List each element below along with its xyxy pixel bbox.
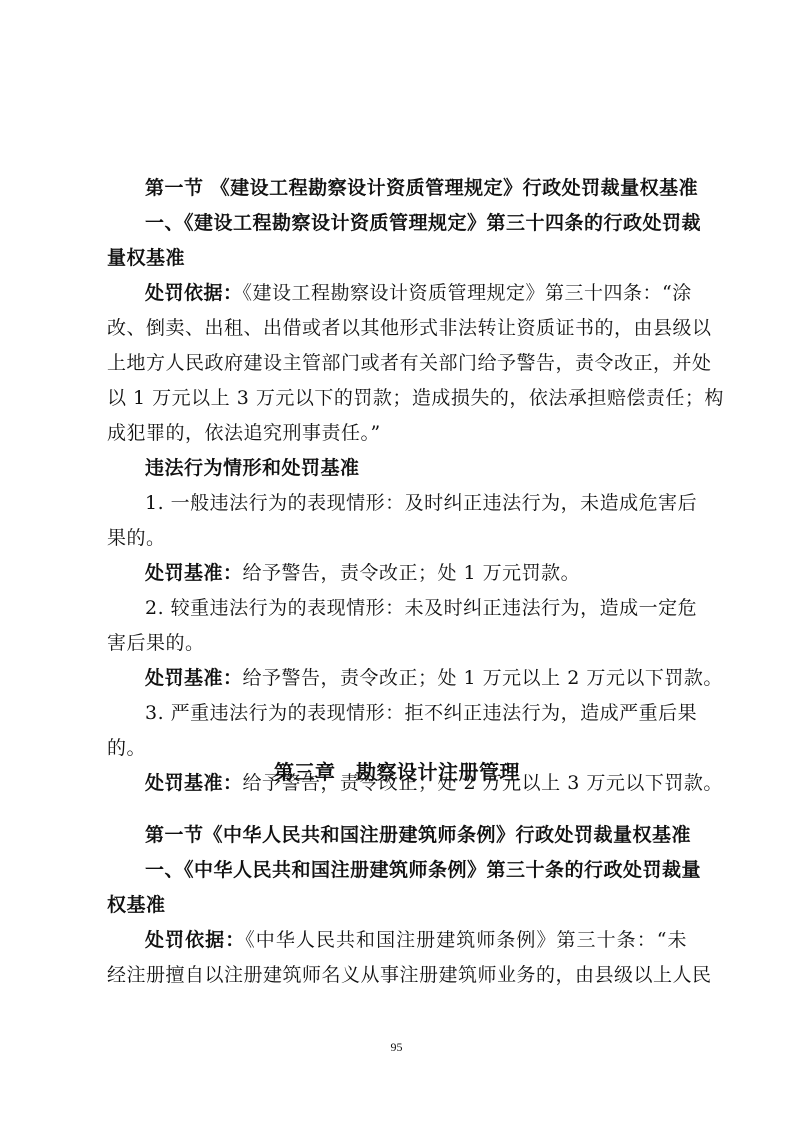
page-number: 95: [0, 1040, 793, 1055]
penalty-basis: 处罚依据：《中华人民共和国注册建筑师条例》第三十条：“未: [107, 928, 687, 952]
penalty-basis-line: 成犯罪的，依法追究刑事责任。”: [107, 421, 687, 445]
case-3-description: 3. 严重违法行为的表现情形：拒不纠正违法行为，造成严重后果: [107, 701, 687, 725]
section-title: 第一节 《建设工程勘察设计资质管理规定》行政处罚裁量权基准: [107, 176, 687, 200]
criteria-heading: 违法行为情形和处罚基准: [107, 456, 687, 480]
case-1-description-cont: 果的。: [107, 526, 687, 550]
penalty-basis-line: 以 1 万元以上 3 万元以下的罚款；造成损失的，依法承担赔偿责任；构: [107, 386, 687, 410]
case-2-description-cont: 害后果的。: [107, 631, 687, 655]
case-1-penalty: 处罚基准：给予警告，责令改正；处 1 万元罚款。: [107, 561, 687, 585]
penalty-basis-line: 改、倒卖、出租、出借或者以其他形式非法转让资质证书的，由县级以: [107, 316, 687, 340]
article-heading: 一、《中华人民共和国注册建筑师条例》第三十条的行政处罚裁量: [107, 858, 687, 882]
article-heading-cont: 量权基准: [107, 246, 687, 270]
article-heading-cont: 权基准: [107, 893, 687, 917]
case-2-penalty: 处罚基准：给予警告，责令改正；处 1 万元以上 2 万元以下罚款。: [107, 666, 687, 690]
penalty-basis-label: 处罚依据：: [145, 929, 245, 951]
penalty-basis: 处罚依据：《建设工程勘察设计资质管理规定》第三十四条：“涂: [107, 281, 687, 305]
case-2-description: 2. 较重违法行为的表现情形：未及时纠正违法行为，造成一定危: [107, 596, 687, 620]
case-3-description-cont: 的。: [107, 736, 687, 760]
section-title: 第一节《中华人民共和国注册建筑师条例》行政处罚裁量权基准: [107, 823, 687, 847]
penalty-basis-line: 经注册擅自以注册建筑师名义从事注册建筑师业务的，由县级以上人民: [107, 963, 687, 987]
case-1-description: 1. 一般违法行为的表现情形：及时纠正违法行为，未造成危害后: [107, 491, 687, 515]
chapter-title: 第三章 勘察设计注册管理: [107, 760, 687, 784]
article-heading: 一、《建设工程勘察设计资质管理规定》第三十四条的行政处罚裁: [107, 211, 687, 235]
penalty-basis-line: 上地方人民政府建设主管部门或者有关部门给予警告，责令改正，并处: [107, 351, 687, 375]
penalty-basis-label: 处罚依据：: [145, 282, 243, 304]
